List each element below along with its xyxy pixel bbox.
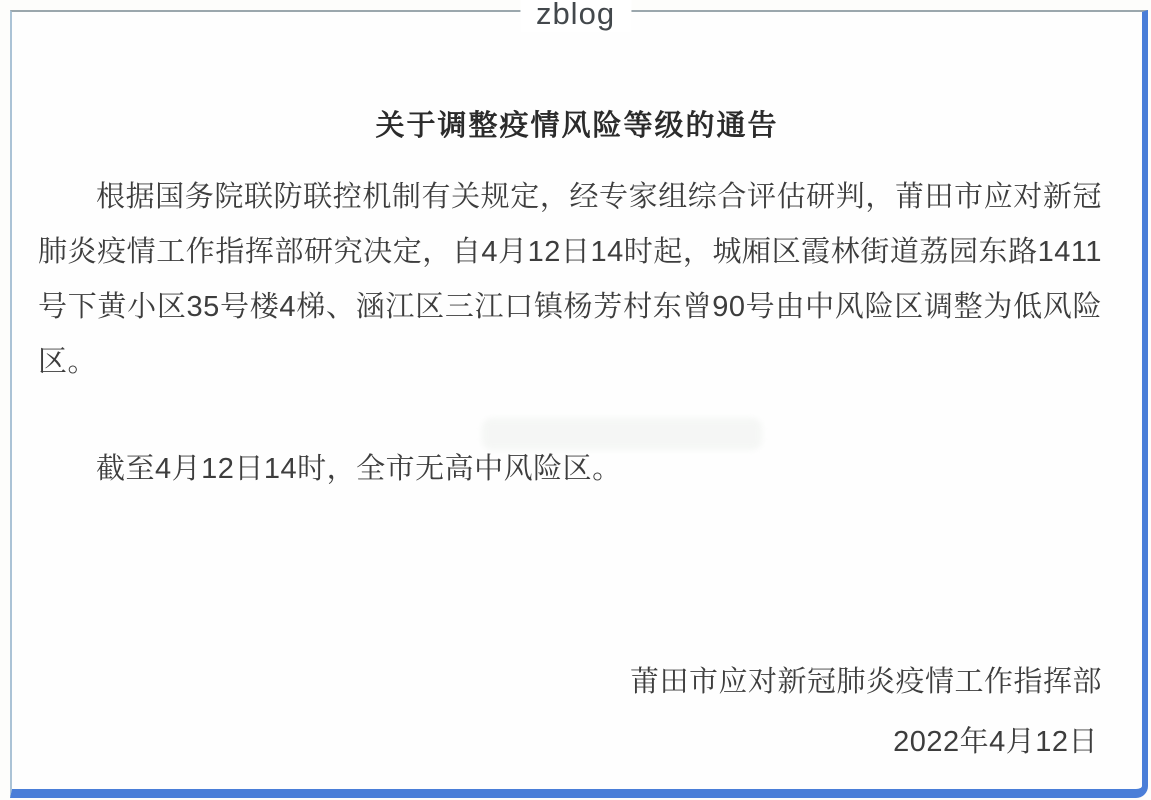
site-title-zblog[interactable]: zblog — [520, 0, 631, 32]
notice-signature-date: 2022年4月12日 — [38, 715, 1098, 770]
notice-frame: 关于调整疫情风险等级的通告 根据国务院联防联控机制有关规定，经专家组综合评估研判… — [10, 10, 1148, 798]
notice-title: 关于调整疫情风险等级的通告 — [12, 103, 1142, 144]
notice-paragraph-1: 根据国务院联防联控机制有关规定，经专家组综合评估研判，莆田市应对新冠肺炎疫情工作… — [38, 170, 1102, 390]
notice-paragraph-2: 截至4月12日14时，全市无高中风险区。 — [38, 442, 1102, 497]
page: zblog 关于调整疫情风险等级的通告 根据国务院联防联控机制有关规定，经专家组… — [0, 0, 1151, 800]
notice-signature-org: 莆田市应对新冠肺炎疫情工作指挥部 — [38, 655, 1102, 710]
